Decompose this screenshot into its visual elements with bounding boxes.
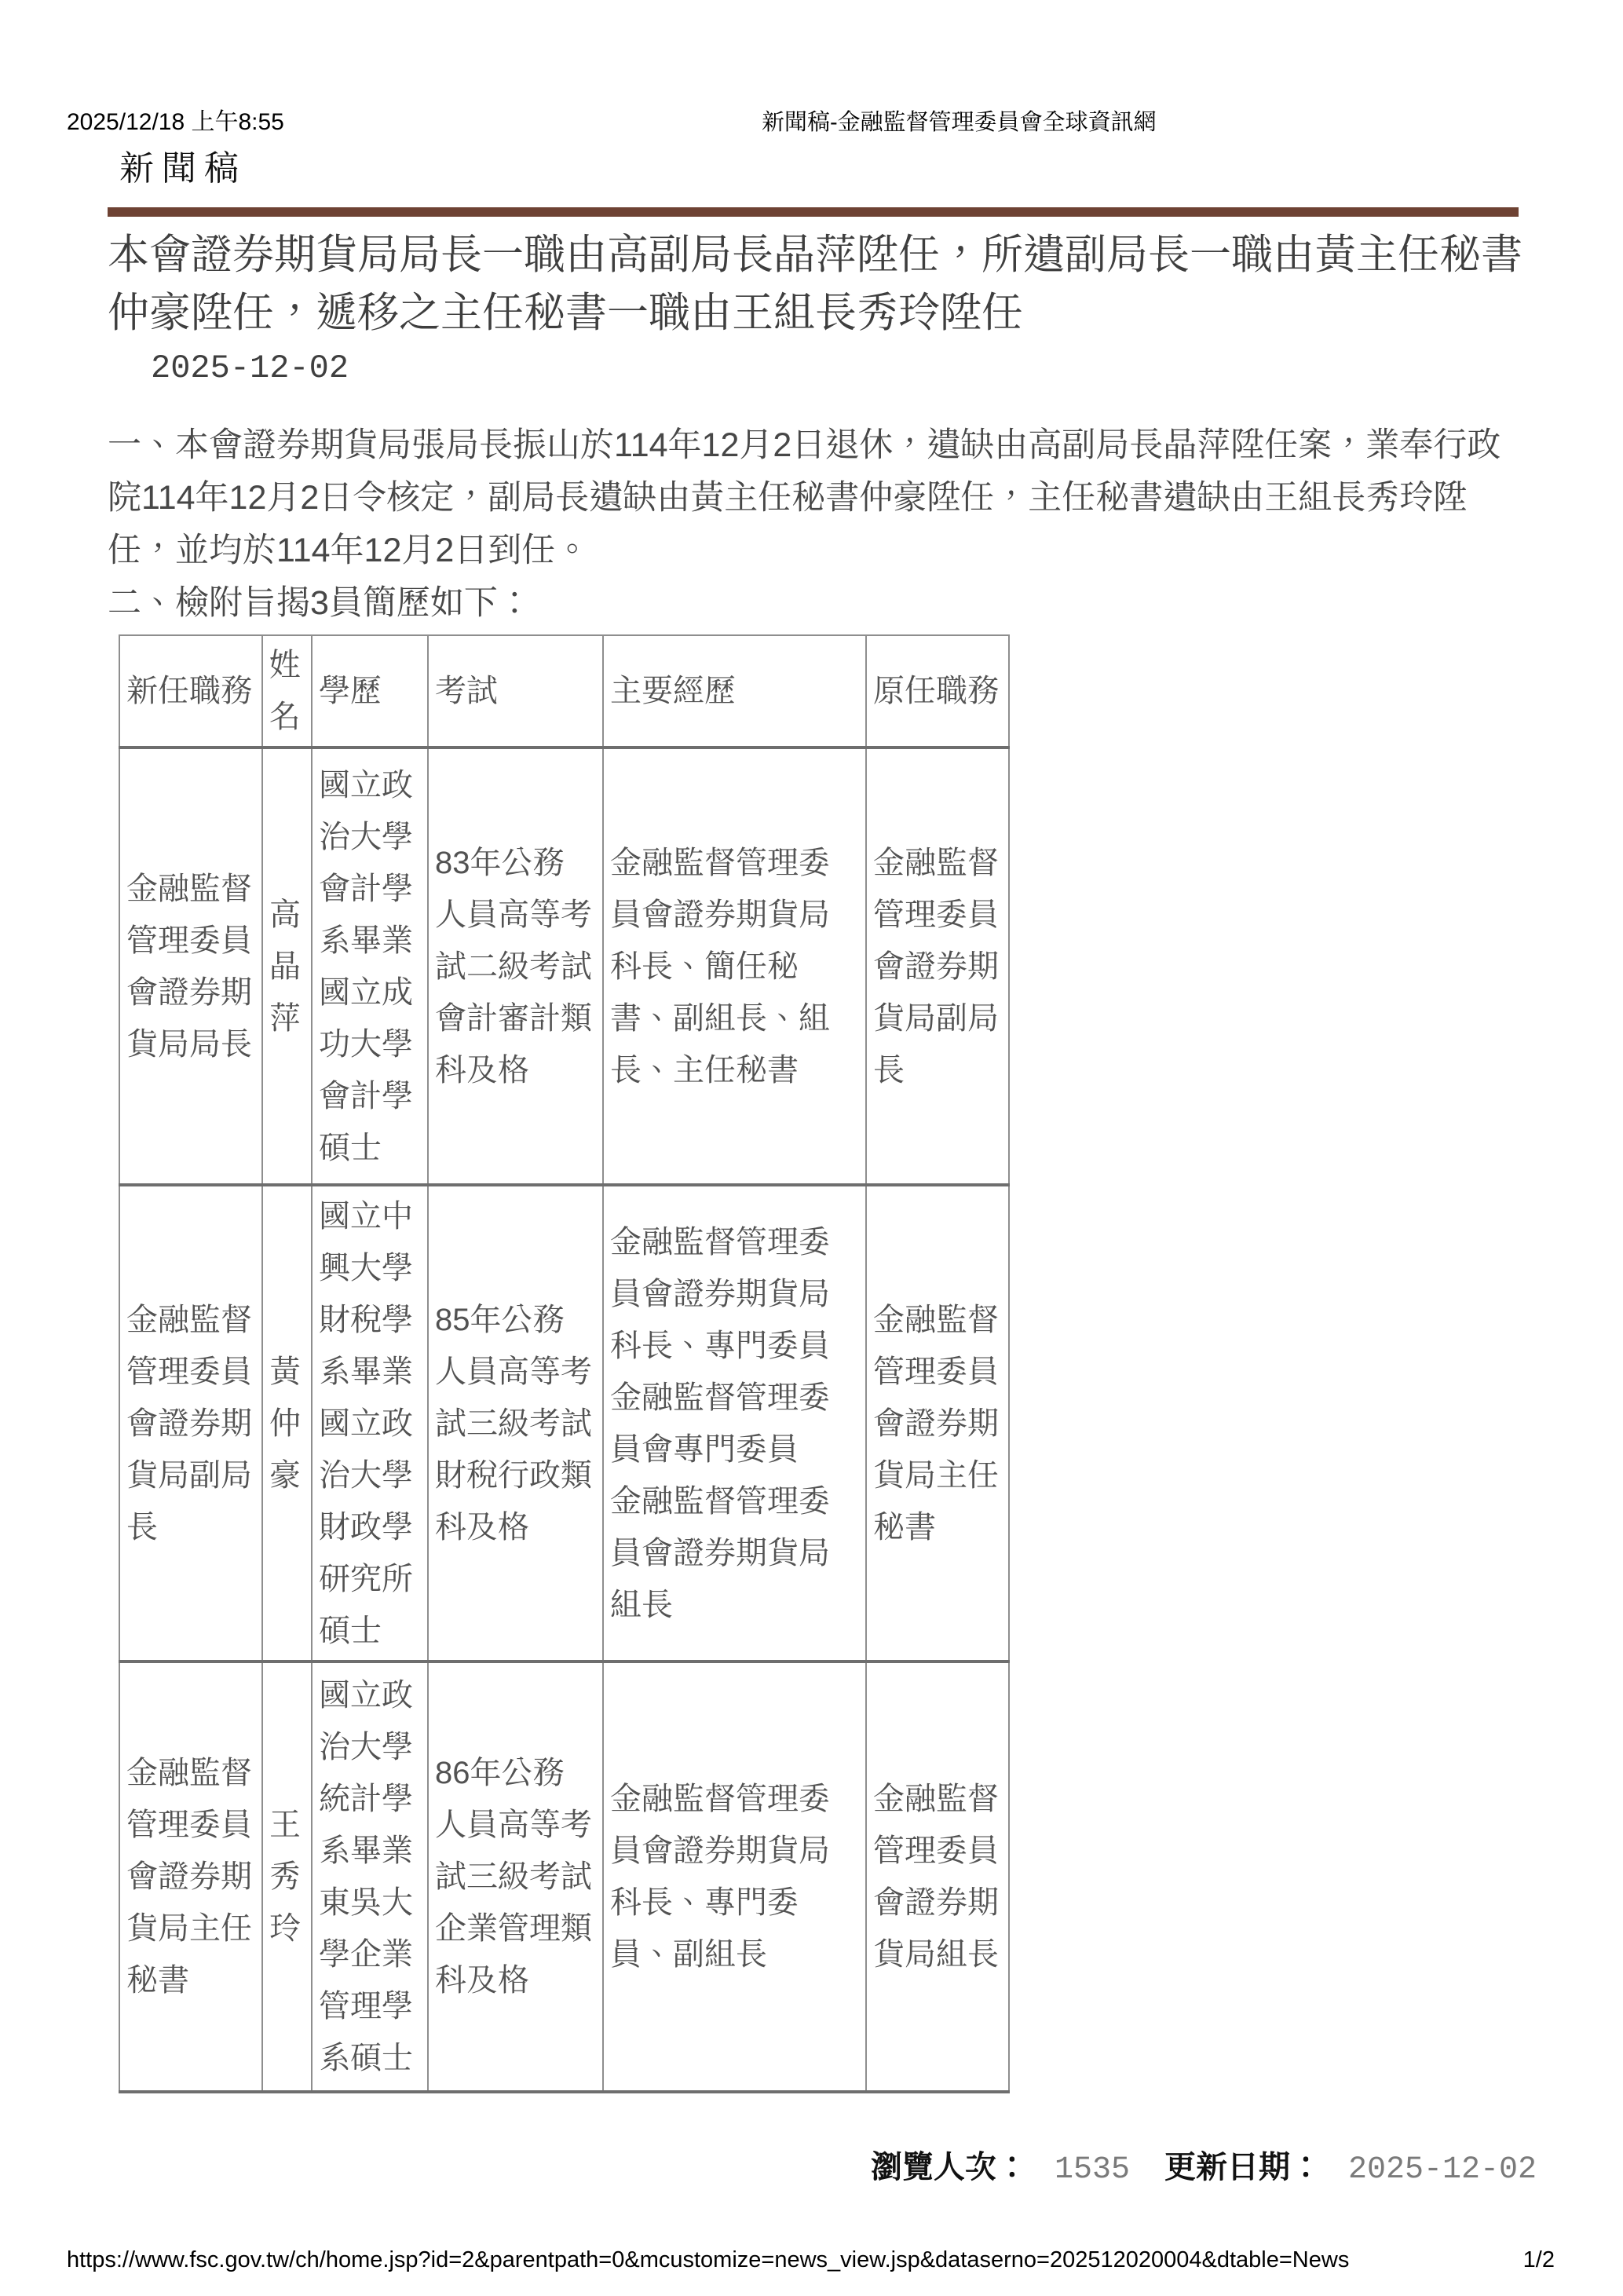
cell-experience: 金融監督管理委 員會證券期貨局 科長、專門委員 金融監督管理委 員會專門委員 金… bbox=[603, 1185, 866, 1662]
cell-experience: 金融監督管理委 員會證券期貨局 科長、簡任秘 書、副組長、組 長、主任秘書 bbox=[603, 748, 866, 1185]
table-row: 金融監督 管理委員 會證券期 貨局副局 長 黃 仲 豪 國立中 興大學 財稅學 … bbox=[119, 1185, 1009, 1662]
cell-education: 國立中 興大學 財稅學 系畢業 國立政 治大學 財政學 研究所 碩士 bbox=[312, 1185, 428, 1662]
cell-prev-position: 金融監督 管理委員 會證券期 貨局副局 長 bbox=[866, 748, 1009, 1185]
table-row: 金融監督 管理委員 會證券期 貨局主任 秘書 王 秀 玲 國立政 治大學 統計學… bbox=[119, 1662, 1009, 2092]
cell-new-position: 金融監督 管理委員 會證券期 貨局局長 bbox=[119, 748, 262, 1185]
header-cell-education: 學歷 bbox=[312, 635, 428, 748]
cell-new-position: 金融監督 管理委員 會證券期 貨局副局 長 bbox=[119, 1185, 262, 1662]
print-preview-page: 2025/12/18 上午8:55 新聞稿-金融監督管理委員會全球資訊網 新聞稿… bbox=[0, 0, 1623, 2296]
print-header-datetime: 2025/12/18 上午8:55 bbox=[67, 102, 284, 137]
cell-experience: 金融監督管理委 員會證券期貨局 科長、專門委 員、副組長 bbox=[603, 1662, 866, 2092]
header-cell-new-position: 新任職務 bbox=[119, 635, 262, 748]
print-footer-page-number: 1/2 bbox=[1523, 2247, 1555, 2273]
header-cell-exam: 考試 bbox=[428, 635, 603, 748]
updated-label: 更新日期： bbox=[1164, 2150, 1321, 2184]
cell-name: 高 晶 萍 bbox=[262, 748, 312, 1185]
table-header-row: 新任職務 姓 名 學歷 考試 主要經歷 原任職務 bbox=[119, 635, 1009, 748]
header-cell-prev-position: 原任職務 bbox=[866, 635, 1009, 748]
section-heading: 新聞稿 bbox=[119, 140, 247, 190]
cell-exam: 86年公務 人員高等考 試三級考試 企業管理類 科及格 bbox=[428, 1662, 603, 2092]
news-body: 一、本會證券期貨局張局長振山於114年12月2日退休，遺缺由高副局長晶萍陞任案，… bbox=[108, 419, 1544, 630]
updated-value: 2025-12-02 bbox=[1348, 2152, 1537, 2188]
print-header-site-title: 新聞稿-金融監督管理委員會全球資訊網 bbox=[762, 104, 1157, 137]
accent-bar bbox=[108, 207, 1519, 217]
news-date: 2025-12-02 bbox=[151, 349, 349, 387]
cell-education: 國立政 治大學 會計學 系畢業 國立成 功大學 會計學 碩士 bbox=[312, 748, 428, 1185]
cell-prev-position: 金融監督 管理委員 會證券期 貨局組長 bbox=[866, 1662, 1009, 2092]
header-cell-name: 姓 名 bbox=[262, 635, 312, 748]
cell-exam: 83年公務 人員高等考 試二級考試 會計審計類 科及格 bbox=[428, 748, 603, 1185]
views-value: 1535 bbox=[1055, 2152, 1130, 2188]
cell-name: 王 秀 玲 bbox=[262, 1662, 312, 2092]
cell-name: 黃 仲 豪 bbox=[262, 1185, 312, 1662]
print-footer-url: https://www.fsc.gov.tw/ch/home.jsp?id=2&… bbox=[67, 2247, 1349, 2273]
cell-exam: 85年公務 人員高等考 試三級考試 財稅行政類 科及格 bbox=[428, 1185, 603, 1662]
stats-line: 瀏覽人次：1535更新日期：2025-12-02 bbox=[119, 2142, 1537, 2188]
views-label: 瀏覽人次： bbox=[871, 2150, 1028, 2184]
cell-prev-position: 金融監督 管理委員 會證券期 貨局主任 秘書 bbox=[866, 1185, 1009, 1662]
cell-education: 國立政 治大學 統計學 系畢業 東吳大 學企業 管理學 系碩士 bbox=[312, 1662, 428, 2092]
profile-table: 新任職務 姓 名 學歷 考試 主要經歷 原任職務 金融監督 管理委員 會證券期 … bbox=[119, 634, 1010, 2093]
table-row: 金融監督 管理委員 會證券期 貨局局長 高 晶 萍 國立政 治大學 會計學 系畢… bbox=[119, 748, 1009, 1185]
cell-new-position: 金融監督 管理委員 會證券期 貨局主任 秘書 bbox=[119, 1662, 262, 2092]
header-cell-experience: 主要經歷 bbox=[603, 635, 866, 748]
news-title: 本會證券期貨局局長一職由高副局長晶萍陞任，所遺副局長一職由黃主任秘書 仲豪陞任，… bbox=[108, 226, 1544, 342]
